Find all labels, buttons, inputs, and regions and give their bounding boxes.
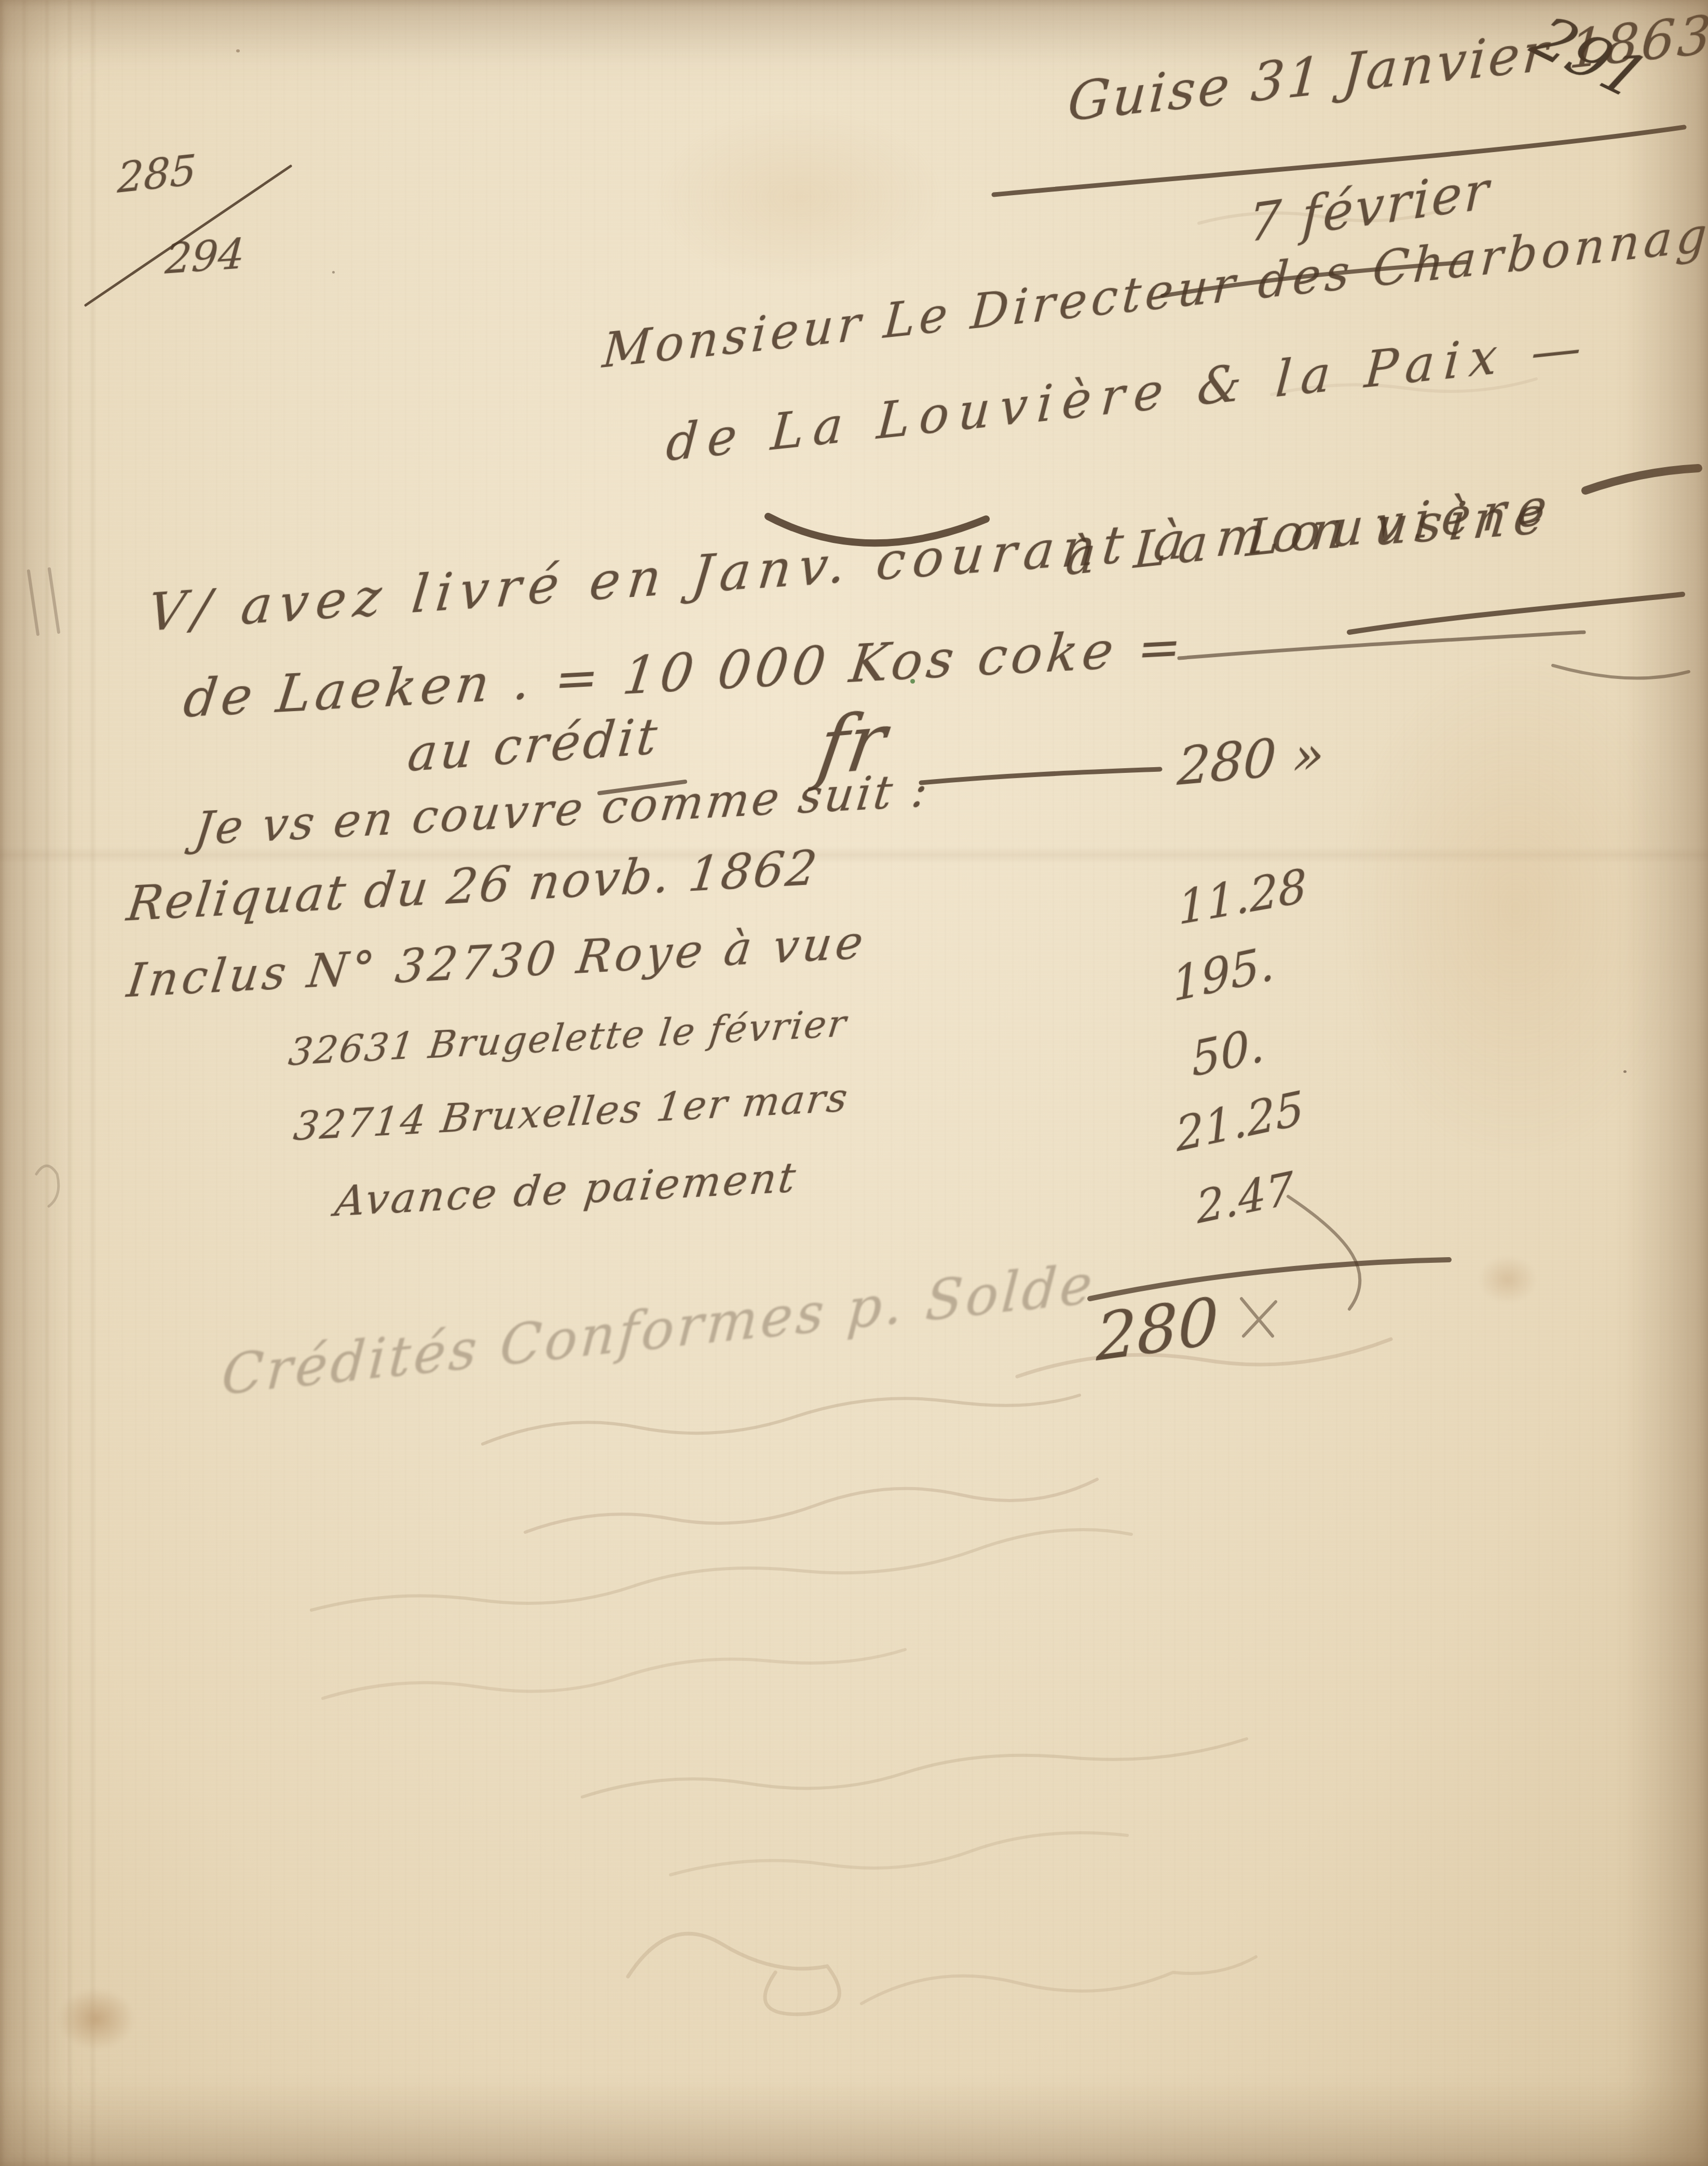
body-line-1: V/ avez livré en Janv. courant à mon usi… — [145, 484, 1555, 644]
body-line-2: de Laeken . = 10 000 Kos coke = — [181, 616, 1190, 730]
signature-flourish — [628, 1933, 839, 2014]
signature-flourish — [862, 1957, 1256, 2004]
account-row-label: Inclus N° 32730 Roye à vue — [124, 915, 869, 1007]
account-row-amount: 195. — [1170, 936, 1276, 1012]
total-flourish — [1241, 1299, 1276, 1336]
ghost-writing — [323, 1650, 905, 1698]
margin-marks — [29, 569, 59, 634]
account-row-amount: 21.25 — [1174, 1081, 1306, 1162]
folio-top: 285 — [117, 145, 197, 202]
letter-page: 291 285 294 Guise 31 Janvier 1863 7 févr… — [0, 0, 1708, 2166]
ink-speck — [236, 49, 240, 52]
total-amount: 280 — [1096, 1283, 1219, 1377]
stain — [1339, 654, 1692, 1163]
stain — [1479, 1256, 1536, 1303]
paper-creases — [0, 0, 99, 2166]
account-row-label: 32631 Brugelette le février — [286, 1001, 850, 1074]
ghost-writing — [671, 1833, 1127, 1875]
account-row-label: Avance de paiement — [332, 1153, 800, 1225]
account-row-amount: 11.28 — [1177, 859, 1308, 935]
dateline: Guise 31 Janvier 1863 — [1066, 4, 1708, 134]
credit-amount: 280 » — [1176, 723, 1326, 797]
paix-dash — [1586, 468, 1698, 491]
ghost-writing — [582, 1739, 1247, 1797]
account-row-amount: 2.47 — [1195, 1162, 1295, 1235]
folio-bottom: 294 — [163, 229, 246, 283]
account-row-label: 32714 Bruxelles 1er mars — [291, 1074, 852, 1150]
total-rule — [1090, 1260, 1449, 1299]
ink-speck — [332, 271, 335, 274]
franc-dash — [921, 769, 1160, 783]
row-swoosh — [1288, 1196, 1360, 1309]
ghost-writing — [525, 1479, 1097, 1532]
usine-tail — [1553, 665, 1689, 678]
ghost-writing — [483, 1395, 1080, 1444]
stain — [57, 1988, 135, 2050]
stain — [654, 109, 945, 285]
louviere-underline-2 — [1179, 632, 1584, 658]
ghost-writing — [311, 1530, 1131, 1610]
margin-marks — [36, 1166, 59, 1206]
louviere-underline — [1349, 594, 1683, 632]
ink-speck — [1623, 1070, 1627, 1073]
credit-label: au crédit — [405, 708, 663, 783]
closing-annotation: Crédités Conformes p. Solde — [220, 1251, 1097, 1407]
account-row-amount: 50. — [1190, 1017, 1266, 1088]
